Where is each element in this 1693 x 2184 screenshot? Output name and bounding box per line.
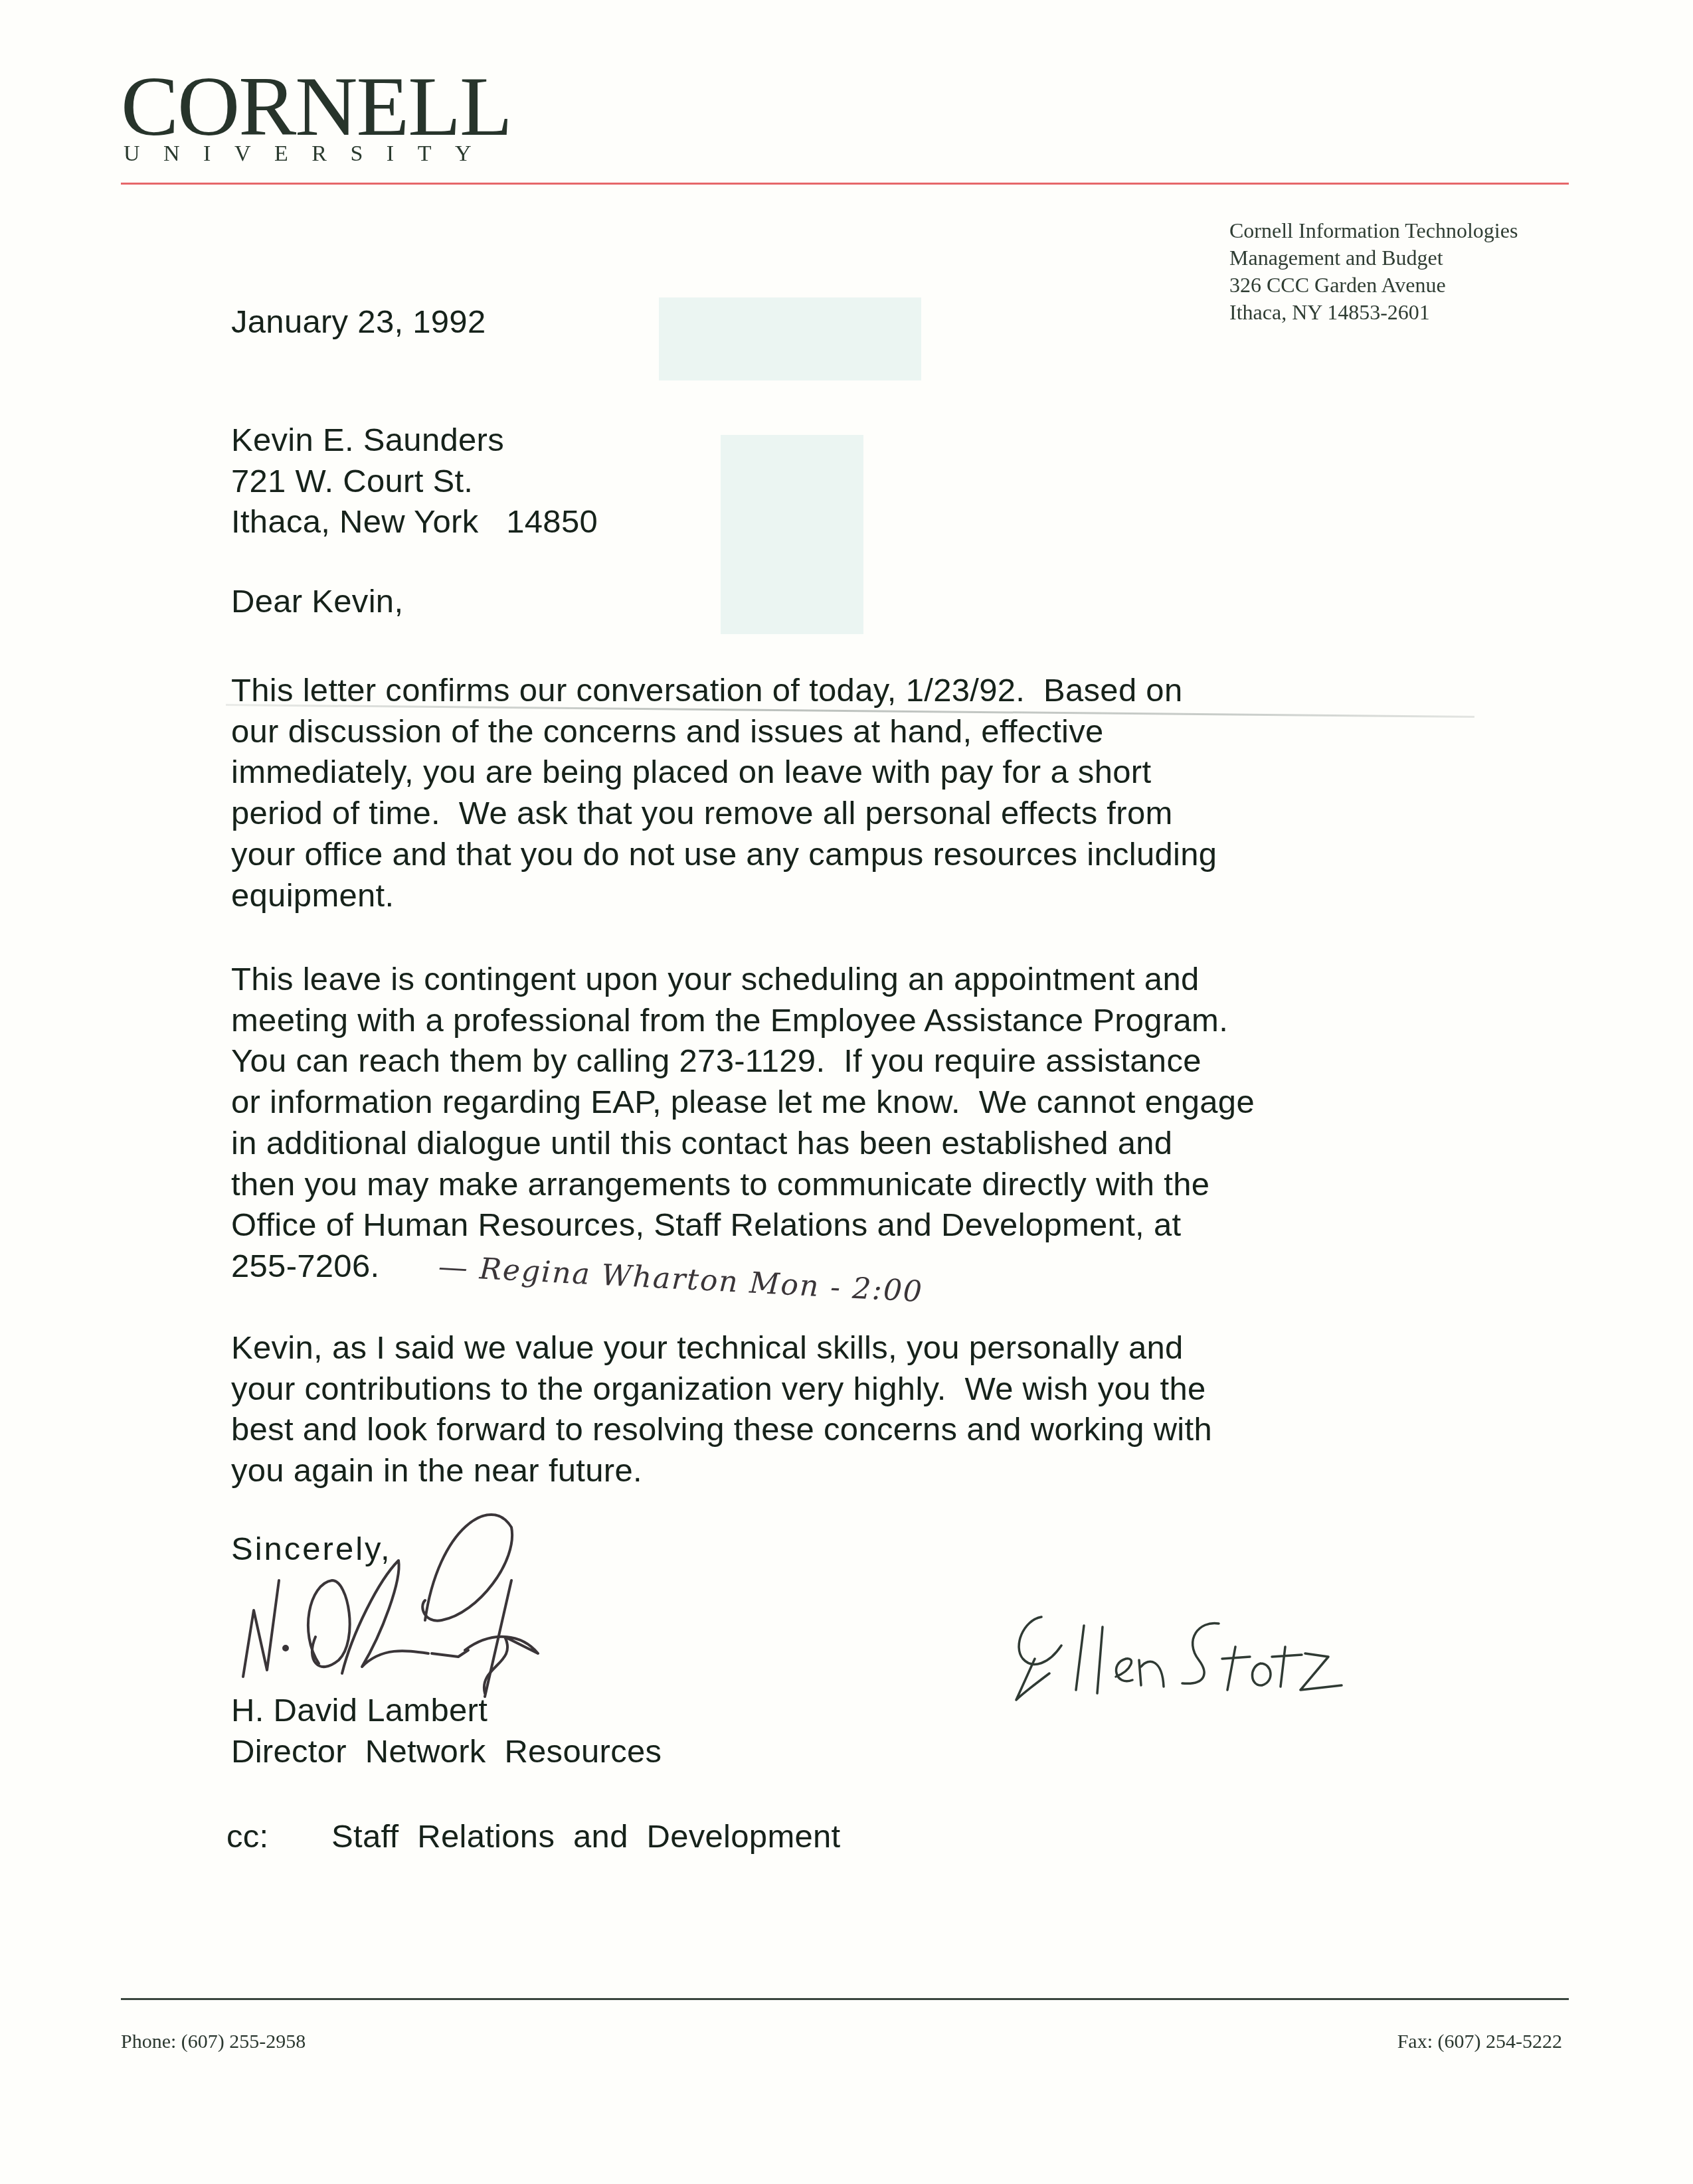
handwritten-signature-lambert <box>226 1501 651 1700</box>
signer-name: H. David Lambert <box>231 1691 662 1732</box>
paragraph-line: This leave is contingent upon your sched… <box>231 960 1255 1001</box>
cc-label: cc: <box>226 1817 331 1858</box>
paragraph-line: your contributions to the organization v… <box>231 1369 1212 1410</box>
salutation: Dear Kevin, <box>231 582 403 623</box>
cc-recipient: Staff Relations and Development <box>331 1819 841 1855</box>
paragraph-line: period of time. We ask that you remove a… <box>231 794 1217 835</box>
footer-divider <box>121 1998 1569 2000</box>
paragraph-line: equipment. <box>231 876 1217 917</box>
department-line: Ithaca, NY 14853-2601 <box>1229 299 1518 326</box>
recipient-line: Kevin E. Saunders <box>231 420 598 462</box>
scan-blotch <box>721 435 863 634</box>
paragraph-line: then you may make arrangements to commun… <box>231 1165 1255 1206</box>
paragraph-line: your office and that you do not use any … <box>231 835 1217 876</box>
university-logo-wordmark: CORNELL <box>121 64 511 149</box>
body-paragraph: This leave is contingent upon your sched… <box>231 960 1255 1288</box>
paragraph-line: You can reach them by calling 273-1129. … <box>231 1041 1255 1082</box>
paragraph-line: Office of Human Resources, Staff Relatio… <box>231 1205 1255 1246</box>
scan-blotch <box>659 297 921 380</box>
recipient-line: 721 W. Court St. <box>231 462 598 503</box>
paragraph-line: or information regarding EAP, please let… <box>231 1082 1255 1124</box>
paragraph-line: Kevin, as I said we value your technical… <box>231 1328 1212 1369</box>
paragraph-line: you again in the near future. <box>231 1451 1212 1492</box>
department-address: Cornell Information Technologies Managem… <box>1229 217 1518 326</box>
recipient-line: Ithaca, New York 14850 <box>231 502 598 543</box>
letterhead-divider <box>121 183 1569 185</box>
body-paragraph: This letter confirms our conversation of… <box>231 671 1217 916</box>
body-paragraph: Kevin, as I said we value your technical… <box>231 1328 1212 1492</box>
paragraph-line: our discussion of the concerns and issue… <box>231 712 1217 753</box>
signer-title: Director Network Resources <box>231 1732 662 1773</box>
recipient-address: Kevin E. Saunders 721 W. Court St. Ithac… <box>231 420 598 543</box>
footer-fax: Fax: (607) 254-5222 <box>1397 2031 1562 2053</box>
handwritten-signature-stotz <box>1010 1607 1355 1720</box>
department-line: 326 CCC Garden Avenue <box>1229 272 1518 299</box>
paragraph-line: immediately, you are being placed on lea… <box>231 752 1217 794</box>
paragraph-line: meeting with a professional from the Emp… <box>231 1001 1255 1042</box>
carbon-copy: cc:Staff Relations and Development <box>226 1817 841 1858</box>
paragraph-line: best and look forward to resolving these… <box>231 1410 1212 1451</box>
letter-date: January 23, 1992 <box>231 302 486 343</box>
university-logo-subtitle: UNIVERSITY <box>124 141 495 167</box>
footer-phone: Phone: (607) 255-2958 <box>121 2031 306 2053</box>
signature-block: H. David Lambert Director Network Resour… <box>231 1691 662 1772</box>
department-line: Cornell Information Technologies <box>1229 217 1518 244</box>
paragraph-line: in additional dialogue until this contac… <box>231 1124 1255 1165</box>
department-line: Management and Budget <box>1229 244 1518 272</box>
